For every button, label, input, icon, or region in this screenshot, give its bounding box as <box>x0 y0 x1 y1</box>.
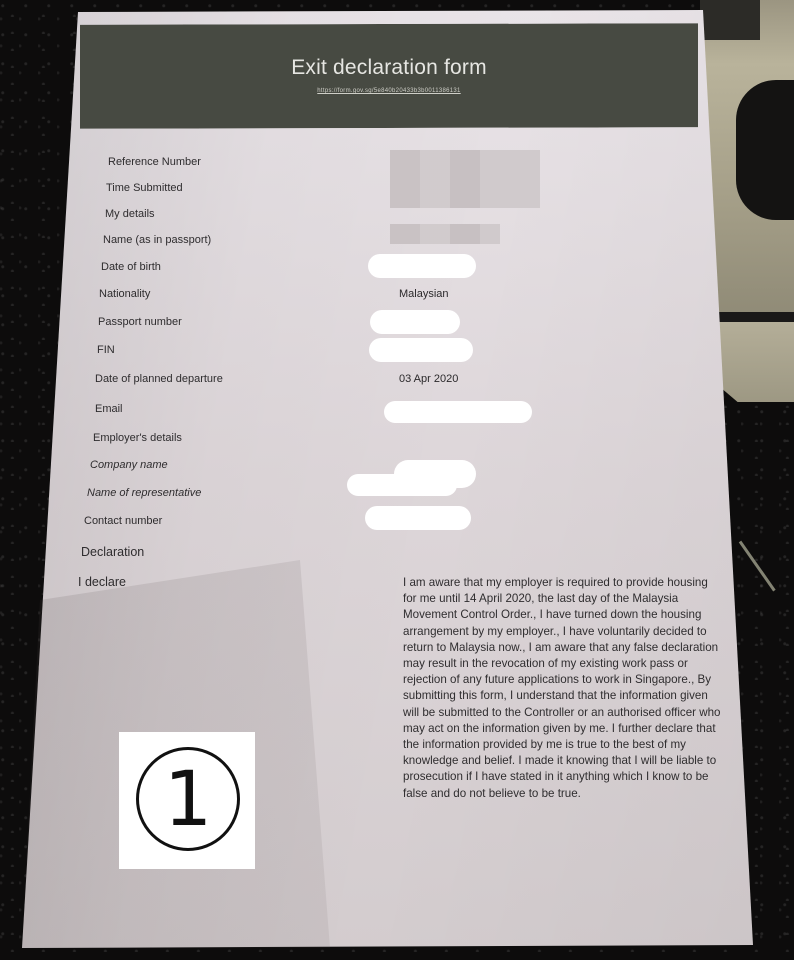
background-shadow <box>700 0 760 40</box>
label-name-of-representative: Name of representative <box>87 487 201 499</box>
label-name: Name (as in passport) <box>103 234 211 246</box>
redacted-email <box>384 401 532 423</box>
section-my-details: My details <box>105 208 155 220</box>
label-fin: FIN <box>97 344 115 356</box>
label-time-submitted: Time Submitted <box>106 182 183 194</box>
redacted-fin <box>369 338 473 362</box>
label-reference-number: Reference Number <box>108 156 201 168</box>
redacted-reference-and-time <box>390 150 540 208</box>
annotation-marker: 1 <box>119 732 255 869</box>
declaration-text: I am aware that my employer is required … <box>403 575 721 802</box>
label-email: Email <box>95 403 123 415</box>
label-nationality: Nationality <box>99 288 150 300</box>
label-contact-number: Contact number <box>84 515 162 527</box>
circled-number-one-icon: 1 <box>136 747 240 851</box>
redacted-name <box>390 224 500 244</box>
redacted-contact-number <box>365 506 471 530</box>
value-date-of-planned-departure: 03 Apr 2020 <box>399 373 458 385</box>
label-company-name: Company name <box>90 459 168 471</box>
value-nationality: Malaysian <box>399 288 449 300</box>
section-declaration: Declaration <box>81 545 144 559</box>
form-url-link[interactable]: https://form.gov.sg/5e840b20433b3b001138… <box>80 88 698 94</box>
label-date-of-birth: Date of birth <box>101 261 161 273</box>
label-date-of-planned-departure: Date of planned departure <box>95 373 223 385</box>
background-dark-object <box>736 80 794 220</box>
redacted-representative <box>347 474 457 496</box>
redacted-passport-number <box>370 310 460 334</box>
section-employers-details: Employer's details <box>93 432 182 444</box>
form-title: Exit declaration form <box>80 56 698 80</box>
label-i-declare: I declare <box>78 575 126 589</box>
redacted-date-of-birth <box>368 254 476 278</box>
label-passport-number: Passport number <box>98 316 182 328</box>
